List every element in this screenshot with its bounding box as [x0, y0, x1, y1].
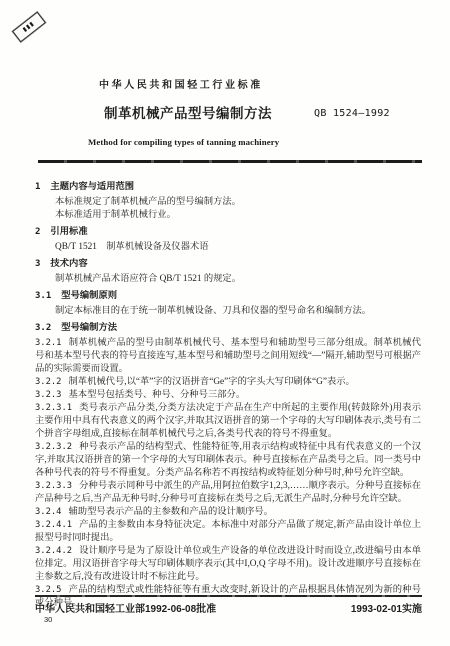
- clause-number: 3.2.3.3: [35, 481, 72, 491]
- clause-text: 产品的主参数由本身特征决定。本标准中对部分产品做了规定,新产品由设计单位上报型号…: [35, 520, 421, 543]
- clause-text: QB/T 1521 制革机械设备及仪器术语: [55, 242, 209, 252]
- document-page: ▮▮▮ 中华人民共和国轻工行业标准 制革机械产品型号编制方法 QB 1524—1…: [0, 0, 450, 646]
- clause-number: 3.1: [35, 291, 51, 301]
- page-title: 制革机械产品型号编制方法: [104, 102, 272, 122]
- clause-number: 3.2.2: [35, 377, 61, 387]
- paragraph: 3.2.3.1类号表示产品分类,分类方法决定于产品在生产中所起的主要作用(转鼓除…: [35, 402, 421, 441]
- clause-text: 制革机械产品的型号由制革机械代号、基本型号和辅助型号三部分组成。制革机械代号和基…: [35, 338, 421, 374]
- clause-number: 2: [35, 227, 40, 237]
- clause-text: 分种号表示同种号中派生的产品,用阿拉伯数字1,2,3,……顺序表示。分种号直接标…: [35, 481, 421, 504]
- implementation-date: 1993-02-01实施: [351, 600, 422, 615]
- section-heading: 2引用标准: [35, 225, 421, 239]
- standard-class-line: 中华人民共和国轻工行业标准: [99, 76, 263, 91]
- clause-number: 3.2.4.1: [35, 520, 72, 530]
- clause-text: 主题内容与适用范围: [50, 181, 134, 191]
- paragraph: 3.2.3.2种号表示产品的结构型式、性能特征等,用表示结构或特征中具有代表意义…: [35, 441, 421, 480]
- clause-text: 类号表示产品分类,分类方法决定于产品在生产中所起的主要作用(转鼓除外)用表示主要…: [35, 403, 421, 439]
- clause-number: 3.2.5: [35, 585, 61, 595]
- paragraph: 制定本标准目的在于统一制革机械设备、刀具和仪器的型号命名和编制方法。: [35, 305, 421, 318]
- approval-statement: 中华人民共和国轻工业部1992-06-08批准: [35, 600, 216, 615]
- footer-divider: [35, 595, 422, 597]
- header-divider: [38, 160, 422, 163]
- page-title-english: Method for compiling types of tanning ma…: [88, 137, 279, 147]
- clause-text: 技术内容: [50, 258, 87, 268]
- stamp-marks: ▮▮▮: [22, 21, 36, 34]
- paragraph: 3.2.3.3分种号表示同种号中派生的产品,用阿拉伯数字1,2,3,……顺序表示…: [35, 480, 421, 506]
- paragraph: 3.2.4.2设计顺序号是为了原设计单位或生产设备的单位改进设计时而设立,改进编…: [35, 545, 421, 584]
- corner-stamp: ▮▮▮: [12, 12, 46, 43]
- clause-text: 制定本标准目的在于统一制革机械设备、刀具和仪器的型号命名和编制方法。: [55, 306, 371, 316]
- paragraph: 3.2.3基本型号包括类号、种号、分种号三部分。: [35, 389, 421, 402]
- footer: 中华人民共和国轻工业部1992-06-08批准 1993-02-01实施: [35, 600, 422, 615]
- paragraph: 3.2.2制革机械代号,以“革”字的汉语拼音“Ge”字的字头大写印刷体“G”表示…: [35, 376, 421, 389]
- section-heading: 3.1型号编制原则: [35, 289, 421, 303]
- clause-number: 3.2.4: [35, 507, 61, 517]
- section-heading: 3技术内容: [35, 257, 421, 271]
- paragraph: QB/T 1521 制革机械设备及仪器术语: [35, 241, 421, 254]
- clause-number: 3.2.3.1: [35, 403, 72, 413]
- clause-text: 制革机械代号,以“革”字的汉语拼音“Ge”字的字头大写印刷体“G”表示。: [68, 377, 354, 387]
- clause-text: 辅助型号表示产品的主参数和产品的设计顺序号。: [68, 507, 273, 517]
- section-heading: 3.2型号编制方法: [35, 321, 421, 335]
- clause-number: 3.2.1: [35, 338, 61, 348]
- clause-text: 制革机械产品术语应符合 QB/T 1521 的规定。: [55, 274, 241, 284]
- paragraph: 3.2.4辅助型号表示产品的主参数和产品的设计顺序号。: [35, 506, 421, 519]
- paragraph: 3.2.4.1产品的主参数由本身特征决定。本标准中对部分产品做了规定,新产品由设…: [35, 519, 421, 545]
- clause-text: 引用标准: [50, 226, 87, 236]
- clause-text: 本标准适用于制革机械行业。: [55, 210, 176, 220]
- section-heading: 1主题内容与适用范围: [35, 180, 421, 194]
- paragraph: 3.2.1制革机械产品的型号由制革机械代号、基本型号和辅助型号三部分组成。制革机…: [35, 337, 421, 376]
- clause-text: 本标准规定了制革机械产品的型号编制方法。: [55, 197, 241, 207]
- paragraph: 制革机械产品术语应符合 QB/T 1521 的规定。: [35, 273, 421, 286]
- clause-text: 种号表示产品的结构型式、性能特征等,用表示结构或特征中具有代表意义的一个汉字,并…: [35, 442, 421, 478]
- standard-number: QB 1524—1992: [314, 108, 390, 119]
- clause-text: 型号编制原则: [61, 290, 117, 300]
- clause-number: 1: [35, 182, 40, 192]
- clause-text: 设计顺序号是为了原设计单位或生产设备的单位改进设计时而设立,改进编号由本单位排定…: [35, 546, 421, 582]
- document-body: 1主题内容与适用范围本标准规定了制革机械产品的型号编制方法。本标准适用于制革机械…: [35, 177, 421, 610]
- clause-text: 基本型号包括类号、种号、分种号三部分。: [68, 390, 245, 400]
- paragraph: 本标准适用于制革机械行业。: [35, 209, 421, 222]
- clause-text: 型号编制方法: [61, 322, 117, 332]
- clause-number: 3.2.3.2: [35, 442, 72, 452]
- page-number: 30: [44, 615, 52, 624]
- clause-number: 3.2: [35, 323, 51, 333]
- paragraph: 本标准规定了制革机械产品的型号编制方法。: [35, 196, 421, 209]
- clause-number: 3.2.3: [35, 390, 61, 400]
- clause-number: 3: [35, 259, 40, 269]
- clause-number: 3.2.4.2: [35, 546, 72, 556]
